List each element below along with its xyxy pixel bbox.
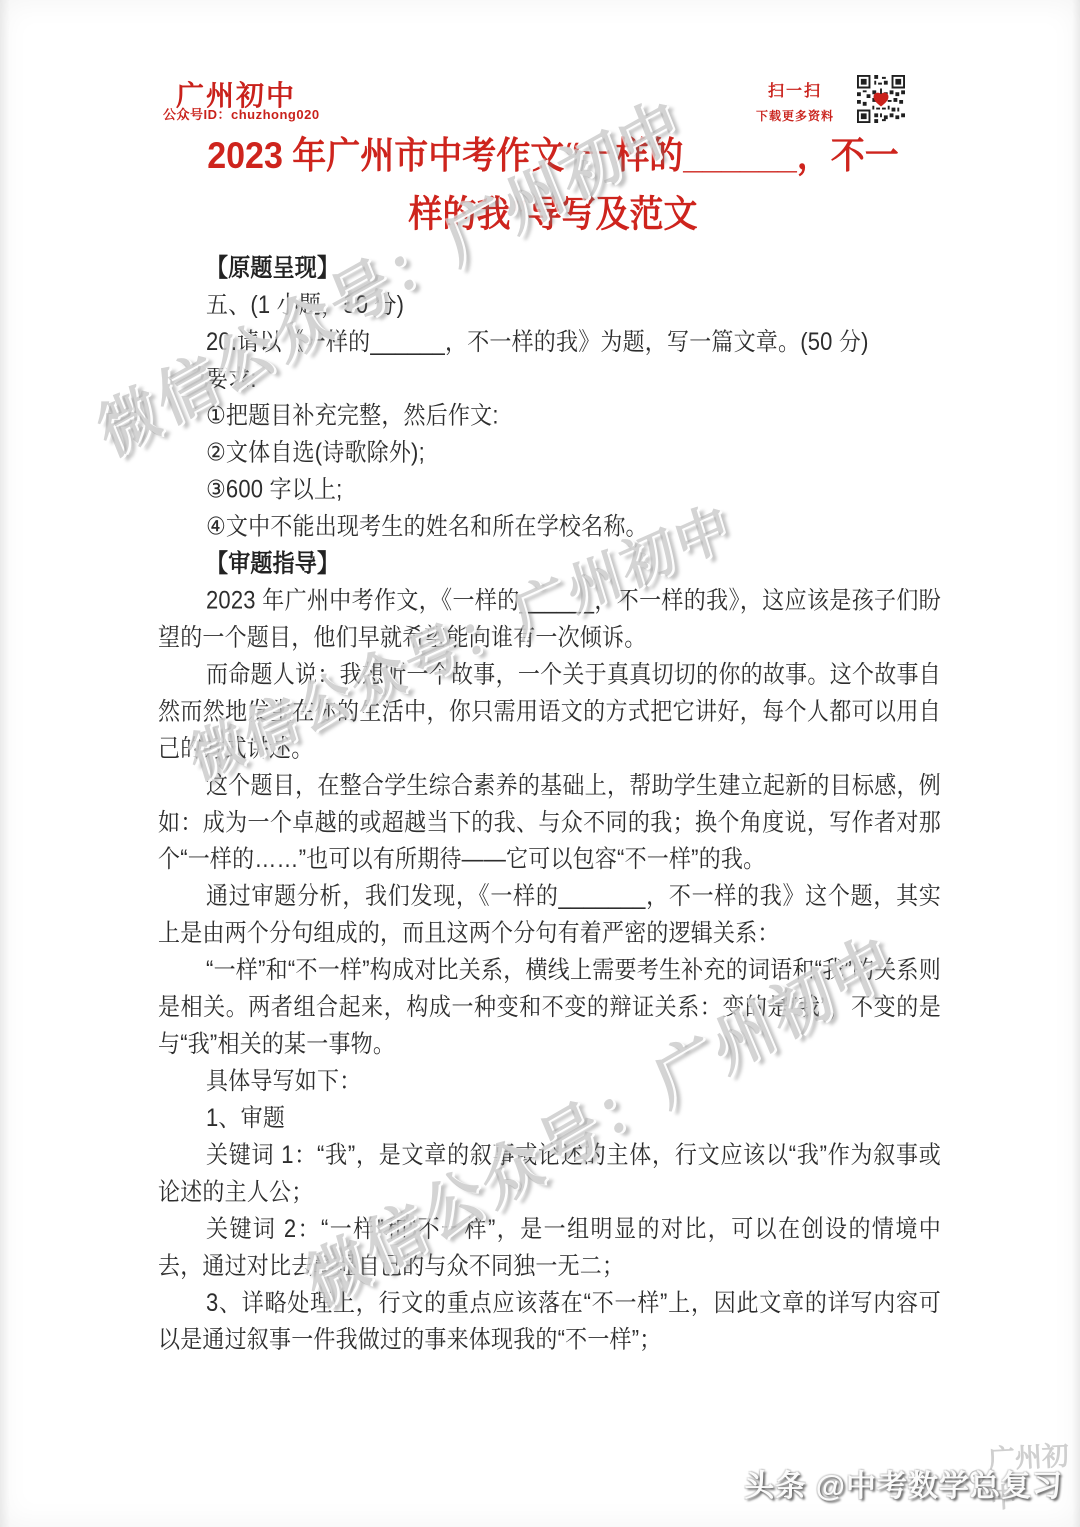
doc-paragraph: 这个题目，在整合学生综合素养的基础上，帮助学生建立起新的目标感，例如：成为一个卓… bbox=[158, 766, 941, 877]
doc-paragraph: “一样”和“不一样”构成对比关系，横线上需要考生补充的词语和“我”的关系则是相关… bbox=[158, 951, 941, 1062]
document-body: 【原题呈现】 五、(1 小题，50 分) 20.请以《一样的______，不一样… bbox=[158, 249, 941, 1358]
doc-paragraph: 而命题人说：我想听一个故事，一个关于真真切切的你的故事。这个故事自然而然地发生在… bbox=[158, 656, 941, 767]
scan-sub-label: 下载更多资料 bbox=[735, 107, 855, 124]
doc-paragraph: 20.请以《一样的______，不一样的我》为题，写一篇文章。(50 分) bbox=[158, 323, 941, 360]
section-heading-original-question: 【原题呈现】 bbox=[158, 249, 941, 286]
doc-paragraph: ②文体自选(诗歌除外); bbox=[158, 434, 941, 471]
section-heading-topic-guidance: 【审题指导】 bbox=[158, 545, 941, 582]
doc-paragraph: 关键词 1：“我”，是文章的叙事或论述的主体，行文应该以“我”作为叙事或论述的主… bbox=[158, 1136, 941, 1210]
article-title: 2023 年广州市中考作文“一样的______，不一 样的我”导写及范文 bbox=[0, 127, 1080, 244]
article-title-line1: 2023 年广州市中考作文“一样的______，不一 bbox=[26, 127, 1080, 185]
doc-paragraph: 1、审题 bbox=[158, 1099, 941, 1136]
doc-paragraph: ④文中不能出现考生的姓名和所在学校名称。 bbox=[158, 508, 941, 545]
doc-paragraph: ③600 字以上; bbox=[158, 471, 941, 508]
doc-paragraph: 五、(1 小题，50 分) bbox=[158, 286, 941, 323]
doc-paragraph: 具体导写如下： bbox=[158, 1062, 941, 1099]
doc-paragraph: ①把题目补充完整，然后作文: bbox=[158, 397, 941, 434]
qr-code-icon bbox=[856, 75, 906, 123]
scan-prompt-block: 扫一扫 下载更多资料 bbox=[735, 78, 855, 124]
document-page: 微信公众号：广州初中 微信公众号：广州初中 微信公众号：广州初中 广州初中 公众… bbox=[0, 0, 1080, 1527]
toutiao-credit-watermark: 头条 @中考数学总复习 bbox=[744, 1461, 1063, 1505]
doc-paragraph: 通过审题分析，我们发现，《一样的_______，不一样的我》这个题，其实上是由两… bbox=[158, 877, 941, 951]
doc-paragraph: 关键词 2：“一样”和“不一样”，是一组明显的对比，可以在创设的情境中去，通过对… bbox=[158, 1210, 941, 1284]
doc-paragraph: 要求: bbox=[158, 360, 941, 397]
article-title-line2: 样的我”导写及范文 bbox=[26, 185, 1080, 243]
doc-paragraph: 3、详略处理上，行文的重点应该落在“不一样”上，因此文章的详写内容可以是通过叙事… bbox=[158, 1284, 941, 1358]
doc-paragraph: 2023 年广州中考作文，《一样的______，不一样的我》，这应该是孩子们盼望… bbox=[158, 582, 941, 656]
scan-prompt-label: 扫一扫 bbox=[735, 78, 855, 101]
publisher-account-id: 公众号ID：chuzhong020 bbox=[163, 104, 320, 123]
